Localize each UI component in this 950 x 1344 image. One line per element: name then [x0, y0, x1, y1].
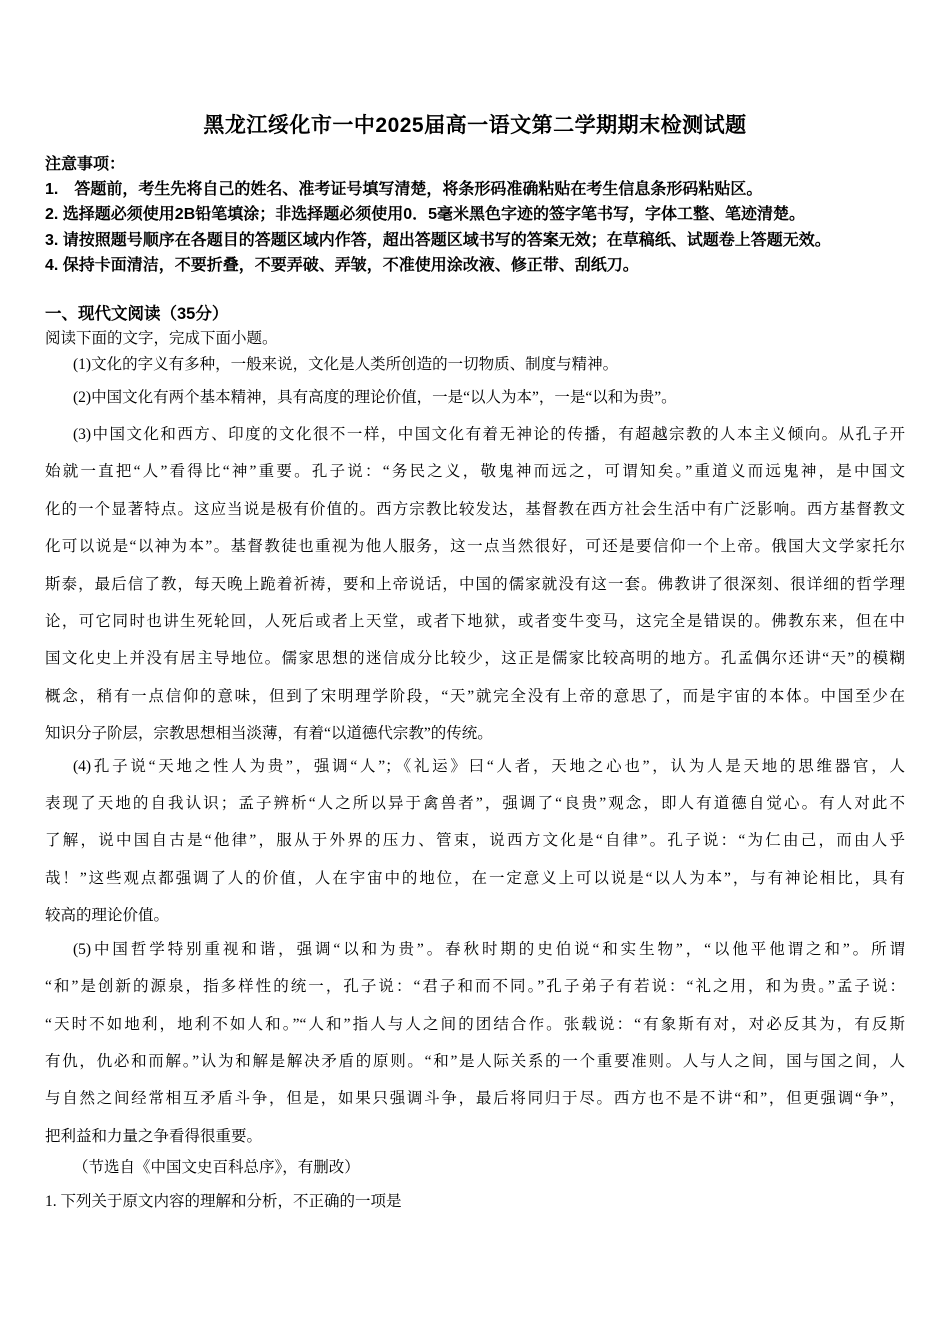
paragraph-line: 有仇，仇必和而解。”认为和解是解决矛盾的原则。“和”是人际关系的一个重要准则。人…: [45, 1043, 905, 1080]
source-attribution: （节选自《中国文史百科总序》，有删改）: [45, 1152, 905, 1183]
paragraph-line: 与自然之间经常相互矛盾斗争，但是，如果只强调斗争，最后将同归于尽。西方也不是不讲…: [45, 1080, 905, 1117]
paragraph-line: 较高的理论价值。: [45, 897, 905, 934]
paragraph-3: (3)中国文化和西方、印度的文化很不一样，中国文化有着无神论的传播，有超越宗教的…: [45, 416, 905, 753]
paragraph-5: (5)中国哲学特别重视和谐，强调“以和为贵”。春秋时期的史伯说“和实生物”，“以…: [45, 931, 905, 1155]
notice-item-3: 3. 请按照题号顺序在各题目的答题区域内作答，超出答题区域书写的答案无效；在草稿…: [45, 228, 905, 253]
paragraph-4: (4)孔子说“天地之性人为贵”，强调“人”；《礼运》曰“人者，天地之心也”，认为…: [45, 748, 905, 935]
paragraph-line: 论，可它同时也讲生死轮回，人死后或者上天堂，或者下地狱，或者变牛变马，这完全是错…: [45, 603, 905, 640]
paragraph-line: “和”是创新的源泉，指多样性的统一，孔子说：“君子和而不同。”孔子弟子有若说：“…: [45, 968, 905, 1005]
notice-item-2: 2. 选择题必须使用2B铅笔填涂；非选择题必须使用0．5毫米黑色字迹的签字笔书写…: [45, 202, 905, 227]
paragraph-line: 表现了天地的自我认识；孟子辨析“人之所以异于禽兽者”，强调了“良贵”观念，即人有…: [45, 785, 905, 822]
exam-paper-page: 黑龙江绥化市一中2025届高一语文第二学期期末检测试题 注意事项： 1. 答题前…: [0, 0, 950, 1344]
notice-section: 注意事项： 1. 答题前，考生先将自己的姓名、准考证号填写清楚，将条形码准确粘贴…: [45, 152, 905, 278]
notice-item-1: 1. 答题前，考生先将自己的姓名、准考证号填写清楚，将条形码准确粘贴在考生信息条…: [45, 177, 905, 202]
paragraph-line: 化的一个显著特点。这应当说是极有价值的。西方宗教比较发达，基督教在西方社会生活中…: [45, 491, 905, 528]
paragraph-line: (4)孔子说“天地之性人为贵”，强调“人”；《礼运》曰“人者，天地之心也”，认为…: [45, 748, 905, 785]
paragraph-line: 了解，说中国自古是“他律”，服从于外界的压力、管束，说西方文化是“自律”。孔子说…: [45, 822, 905, 859]
paragraph-line: (1)文化的字义有多种，一般来说，文化是人类所创造的一切物质、制度与精神。: [45, 349, 905, 382]
paragraph-line: 哉！”这些观点都强调了人的价值，人在宇宙中的地位，在一定意义上可以说是“以人为本…: [45, 860, 905, 897]
paragraph-line: (5)中国哲学特别重视和谐，强调“以和为贵”。春秋时期的史伯说“和实生物”，“以…: [45, 931, 905, 968]
notice-item-4: 4. 保持卡面清洁，不要折叠，不要弄破、弄皱，不准使用涂改液、修正带、刮纸刀。: [45, 253, 905, 278]
notice-heading: 注意事项：: [45, 152, 905, 177]
paragraph-line: 把利益和力量之争看得很重要。: [45, 1118, 905, 1155]
question-1: 1. 下列关于原文内容的理解和分析，不正确的一项是: [45, 1186, 905, 1217]
paragraph-line: 概念，稍有一点信仰的意味，但到了宋明理学阶段，“天”就完全没有上帝的意思了，而是…: [45, 678, 905, 715]
paragraph-line: “天时不如地利，地利不如人和。”“人和”指人与人之间的团结合作。张载说：“有象斯…: [45, 1006, 905, 1043]
page-title: 黑龙江绥化市一中2025届高一语文第二学期期末检测试题: [45, 0, 905, 139]
paragraph-line: 始就一直把“人”看得比“神”重要。孔子说：“务民之义，敬鬼神而远之，可谓知矣。”…: [45, 453, 905, 490]
paragraph-line: (2)中国文化有两个基本精神，具有高度的理论价值，一是“以人为本”，一是“以和为…: [45, 382, 905, 415]
paragraph-line: 斯泰，最后信了教，每天晚上跪着祈祷，要和上帝说话，中国的儒家就没有这一套。佛教讲…: [45, 566, 905, 603]
reading-intro: 阅读下面的文字，完成下面小题。: [45, 329, 905, 349]
paragraph-1: (1)文化的字义有多种，一般来说，文化是人类所创造的一切物质、制度与精神。: [45, 349, 905, 382]
section-heading: 一、现代文阅读（35分）: [45, 304, 905, 324]
paragraph-line: 国文化史上并没有居主导地位。儒家思想的迷信成分比较少，这正是儒家比较高明的地方。…: [45, 640, 905, 677]
paragraph-line: 化可以说是“以神为本”。基督教徒也重视为他人服务，这一点当然很好，可还是要信仰一…: [45, 528, 905, 565]
paragraph-2: (2)中国文化有两个基本精神，具有高度的理论价值，一是“以人为本”，一是“以和为…: [45, 382, 905, 415]
paragraph-line: (3)中国文化和西方、印度的文化很不一样，中国文化有着无神论的传播，有超越宗教的…: [45, 416, 905, 453]
